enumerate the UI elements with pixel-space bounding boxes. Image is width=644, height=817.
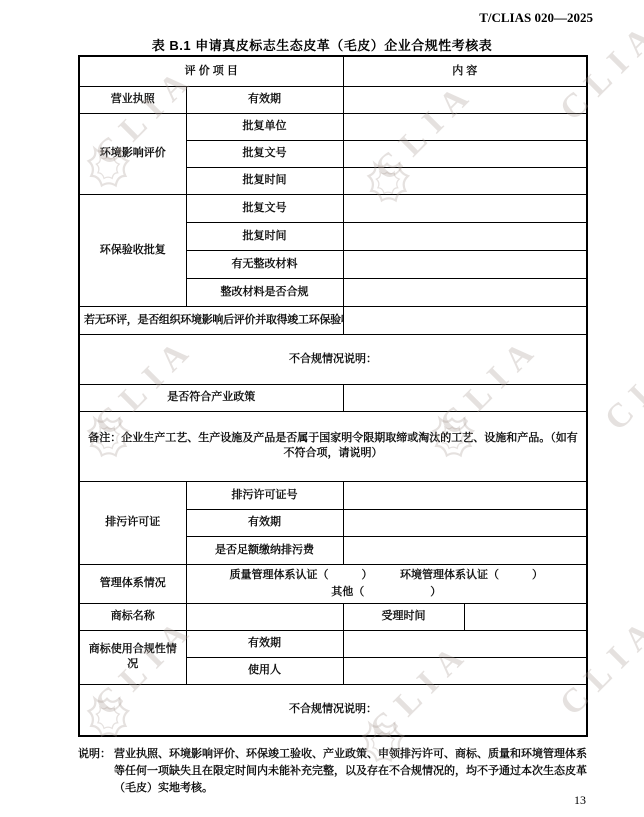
table-title: 表 B.1 申请真皮标志生态皮革（毛皮）企业合规性考核表 — [0, 35, 644, 54]
footer-note: 说明： 营业执照、环境影响评价、环保竣工验收、产业政策、申领排污许可、商标、质量… — [78, 746, 590, 797]
watermark: CLIA — [585, 320, 644, 480]
cell-noncompliance-note-2: 不合规情况说明： — [79, 684, 587, 736]
cell-eia: 环境影响评价 — [79, 113, 186, 194]
footer-note-label: 说明： — [78, 746, 111, 763]
cell-ep-rectification-compliant: 整改材料是否合规 — [186, 278, 343, 306]
blank-cell — [343, 167, 587, 194]
watermark-text: CLIA — [598, 323, 644, 438]
cell-ep-approval-doc-no: 批复文号 — [186, 194, 343, 222]
blank-cell — [464, 603, 587, 630]
blank-cell — [343, 536, 587, 564]
cell-mgmt-system-content: 质量管理体系认证（ ） 环境管理体系认证（ ） 其他（ ） — [186, 564, 587, 603]
blank-cell — [343, 306, 587, 334]
cell-eia-approval-doc-no: 批复文号 — [186, 140, 343, 167]
cell-ep-acceptance: 环保验收批复 — [79, 194, 186, 306]
blank-cell — [343, 222, 587, 250]
doc-number: T/CLIAS 020—2025 — [479, 10, 593, 26]
header-content: 内 容 — [343, 56, 587, 86]
cell-mgmt-system: 管理体系情况 — [79, 564, 186, 603]
cell-industrial-policy: 是否符合产业政策 — [79, 384, 343, 411]
cell-permit-fee-paid: 是否足额缴纳排污费 — [186, 536, 343, 564]
cell-no-eia-question: 若无环评，是否组织环境影响后评价并取得竣工环保验收 — [79, 306, 343, 334]
document-page: T/CLIAS 020—2025 表 B.1 申请真皮标志生态皮革（毛皮）企业合… — [0, 0, 644, 817]
blank-cell — [343, 657, 587, 684]
cell-ep-rectification-materials: 有无整改材料 — [186, 250, 343, 278]
cell-permit-validity: 有效期 — [186, 509, 343, 536]
cell-trademark-validity: 有效期 — [186, 630, 343, 657]
cell-acceptance-time: 受理时间 — [343, 603, 464, 630]
cell-pollutant-discharge-permit: 排污许可证 — [79, 481, 186, 564]
blank-cell — [343, 384, 587, 411]
cell-trademark-user: 使用人 — [186, 657, 343, 684]
cell-permit-no: 排污许可证号 — [186, 481, 343, 509]
cell-ep-approval-time: 批复时间 — [186, 222, 343, 250]
footer-note-text: 营业执照、环境影响评价、环保竣工验收、产业政策、申领排污许可、商标、质量和环境管… — [114, 748, 587, 794]
page-number: 13 — [78, 793, 586, 808]
blank-cell — [343, 113, 587, 140]
compliance-table: 评 价 项 目 内 容 营业执照 有效期 环境影响评价 批复单位 批复文号 批复… — [78, 55, 588, 737]
cell-trademark-compliance: 商标使用合规性情况 — [79, 630, 186, 684]
blank-cell — [186, 603, 343, 630]
cell-eia-approval-time: 批复时间 — [186, 167, 343, 194]
blank-cell — [343, 630, 587, 657]
cell-eia-approval-unit: 批复单位 — [186, 113, 343, 140]
blank-cell — [343, 278, 587, 306]
mgmt-line-2: 其他（ ） — [191, 584, 583, 601]
mgmt-line-1: 质量管理体系认证（ ） 环境管理体系认证（ ） — [191, 567, 583, 584]
cell-remark: 备注：企业生产工艺、生产设施及产品是否属于国家明令限期取缔或淘汰的工艺、设施和产… — [79, 411, 587, 481]
cell-trademark-name: 商标名称 — [79, 603, 186, 630]
blank-cell — [343, 481, 587, 509]
blank-cell — [343, 194, 587, 222]
cell-business-license: 营业执照 — [79, 86, 186, 113]
blank-cell — [343, 140, 587, 167]
cell-noncompliance-note-1: 不合规情况说明： — [79, 334, 587, 384]
blank-cell — [343, 250, 587, 278]
blank-cell — [343, 86, 587, 113]
blank-cell — [343, 509, 587, 536]
cell-business-license-validity: 有效期 — [186, 86, 343, 113]
header-evaluation-item: 评 价 项 目 — [79, 56, 343, 86]
